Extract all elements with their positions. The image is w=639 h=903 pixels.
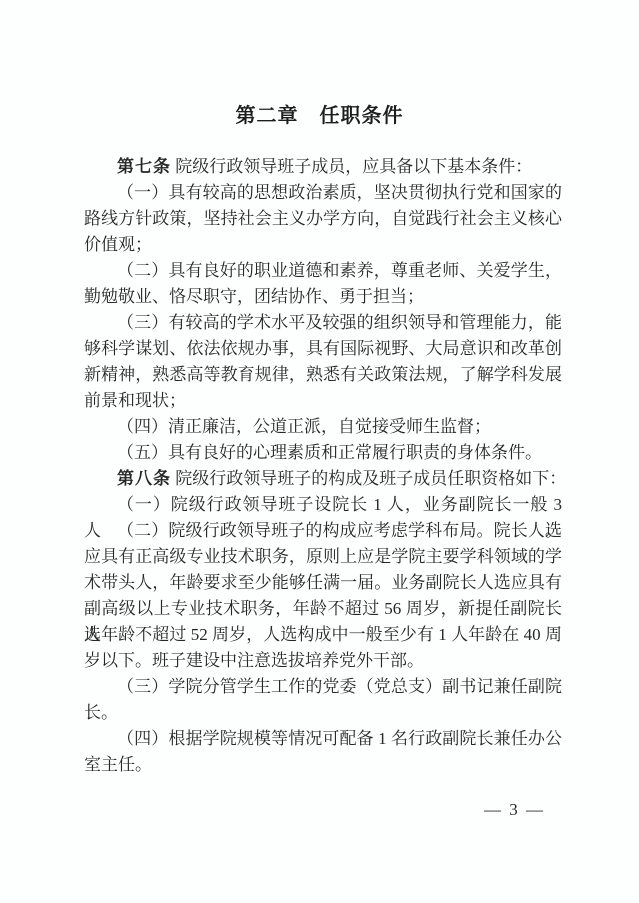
text-line: 选年龄不超过 52 周岁，人选构成中一般至少有 1 人年龄在 40 周: [84, 622, 562, 648]
text-line: 长。: [84, 700, 562, 726]
text-line: 勤勉敬业、恪尽职守，团结协作、勇于担当；: [84, 284, 562, 310]
text-line: （四）根据学院规模等情况可配备 1 名行政副院长兼任办公: [84, 726, 562, 752]
text-line: 前景和现状；: [84, 388, 562, 414]
text-line: 第七条 院级行政领导班子成员，应具备以下基本条件：: [84, 154, 562, 180]
text-line: 应具有正高级专业技术职务，原则上应是学院主要学科领域的学: [84, 544, 562, 570]
article-number: 第八条: [117, 469, 171, 488]
text-line: （三）有较高的学术水平及较强的组织领导和管理能力，能: [84, 310, 562, 336]
text-line: （五）具有良好的心理素质和正常履行职责的身体条件。: [84, 440, 562, 466]
text-line: 新精神，熟悉高等教育规律，熟悉有关政策法规，了解学科发展: [84, 362, 562, 388]
text-line: （三）学院分管学生工作的党委（党总支）副书记兼任副院: [84, 674, 562, 700]
text-line: （一）院级行政领导班子设院长 1 人，业务副院长一般 3 人。: [84, 492, 562, 518]
text-line: 够科学谋划、依法依规办事，具有国际视野、大局意识和改革创: [84, 336, 562, 362]
text-line: 第八条 院级行政领导班子的构成及班子成员任职资格如下：: [84, 466, 562, 492]
chapter-title: 第二章 任职条件: [0, 0, 639, 128]
text-line: （二）院级行政领导班子的构成应考虑学科布局。院长人选: [84, 518, 562, 544]
text-line: 岁以下。班子建设中注意选拔培养党外干部。: [84, 648, 562, 674]
text-line: （二）具有良好的职业道德和素养，尊重老师、关爱学生，: [84, 258, 562, 284]
document-body: 第七条 院级行政领导班子成员，应具备以下基本条件：（一）具有较高的思想政治素质，…: [84, 154, 562, 778]
document-page: 第二章 任职条件 第七条 院级行政领导班子成员，应具备以下基本条件：（一）具有较…: [0, 0, 639, 903]
text-line: 价值观；: [84, 232, 562, 258]
article-number: 第七条: [117, 157, 171, 176]
text-line: （四）清正廉洁，公道正派，自觉接受师生监督；: [84, 414, 562, 440]
text-line: 术带头人，年龄要求至少能够任满一届。业务副院长人选应具有: [84, 570, 562, 596]
text-line: 副高级以上专业技术职务，年龄不超过 56 周岁，新提任副院长人: [84, 596, 562, 622]
text-line: （一）具有较高的思想政治素质，坚决贯彻执行党和国家的: [84, 180, 562, 206]
text-line: 路线方针政策，坚持社会主义办学方向，自觉践行社会主义核心: [84, 206, 562, 232]
text-line: 室主任。: [84, 752, 562, 778]
page-number: — 3 —: [484, 800, 545, 820]
